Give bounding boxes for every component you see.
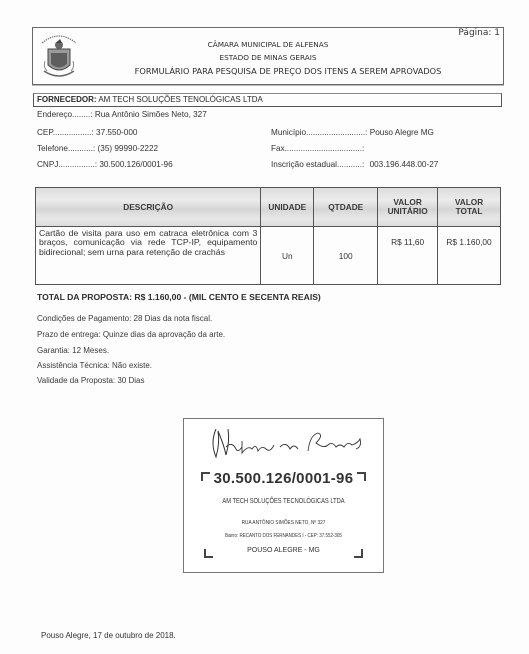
col-description: DESCRIÇÃO: [36, 188, 261, 227]
form-title: FORMULÁRIO PARA PESQUISA DE PREÇO DOS IT…: [93, 66, 503, 76]
fax-row: Fax..................................:: [271, 144, 364, 153]
stamp-district: Bairro: RECANTO DOS FERNANDES I - CEP: 3…: [204, 533, 363, 539]
city-label: Município..........................:: [271, 128, 367, 137]
state-registration-row: Inscrição estadual...........: 003.196.4…: [271, 160, 438, 169]
cep-value: 37.550-000: [96, 128, 137, 137]
address-label: Endereço........:: [37, 110, 93, 119]
cnpj-label: CNPJ................:: [37, 160, 97, 169]
item-description: Cartão de visita para uso em catraca ele…: [36, 227, 261, 285]
stamp-city: POUSO ALEGRE - MG: [184, 547, 383, 554]
col-unit: UNIDADE: [261, 188, 314, 227]
delivery-time: Prazo de entrega: Quinze dias da aprovaç…: [37, 330, 225, 339]
supplier-name: AM TECH SOLUÇÕES TENOLÓGICAS LTDA: [98, 95, 262, 104]
stamp-company: AM TECH SOLUÇÕES TECNOLÓGICAS LTDA: [202, 498, 365, 505]
address-row: Endereço........: Rua Antônio Simões Net…: [37, 110, 207, 119]
city-row: Município..........................: Pou…: [271, 128, 434, 137]
item-total-value: R$ 1.160,00: [438, 227, 501, 285]
cep-row: CEP.................: 37.550-000: [37, 128, 137, 137]
col-total-value-line2: TOTAL: [456, 206, 483, 216]
table-row: Cartão de visita para uso em catraca ele…: [36, 227, 501, 285]
company-stamp: 30.500.126/0001-96 AM TECH SOLUÇÕES TECN…: [183, 418, 384, 573]
address-value: Rua Antônio Simões Neto, 327: [95, 110, 207, 119]
supplier-label: FORNECEDOR:: [37, 95, 97, 104]
state-registration-value: 003.196.448.00-27: [370, 160, 439, 169]
items-table: DESCRIÇÃO UNIDADE QTDADE VALORUNITÁRIO V…: [35, 187, 501, 285]
state-registration-label: Inscrição estadual...........:: [271, 160, 364, 169]
col-quantity: QTDADE: [314, 188, 378, 227]
cnpj-row: CNPJ................: 30.500.126/0001-96: [37, 160, 173, 169]
stamp-cnpj: 30.500.126/0001-96: [184, 470, 383, 487]
col-total-value: VALORTOTAL: [438, 188, 501, 227]
item-quantity: 100: [314, 227, 378, 285]
phone-value: (35) 99990-2222: [98, 144, 159, 153]
cnpj-value: 30.500.126/0001-96: [99, 160, 172, 169]
fax-label: Fax..................................:: [271, 144, 364, 153]
technical-assistance: Assistência Técnica: Não existe.: [37, 361, 152, 370]
warranty: Garantia: 12 Meses.: [37, 346, 109, 355]
phone-row: Telefone...........: (35) 99990-2222: [37, 144, 158, 153]
handwritten-signature-icon: [196, 423, 371, 463]
institution-name: CÂMARA MUNICIPAL DE ALFENAS: [33, 40, 503, 49]
table-header-row: DESCRIÇÃO UNIDADE QTDADE VALORUNITÁRIO V…: [36, 188, 501, 227]
supplier-box: FORNECEDOR: AM TECH SOLUÇÕES TENOLÓGICAS…: [33, 93, 502, 107]
city-value: Pouso Alegre MG: [370, 128, 434, 137]
cep-label: CEP.................:: [37, 128, 94, 137]
document-header: Página: 1 CÂMARA MUNICIPAL DE ALFENAS ES…: [32, 27, 504, 85]
place-and-date: Pouso Alegre, 17 de outubro de 2018.: [41, 631, 176, 640]
col-unit-value: VALORUNITÁRIO: [378, 188, 438, 227]
page-number: Página: 1: [458, 28, 500, 38]
item-unit: Un: [261, 227, 314, 285]
proposal-total: TOTAL DA PROPOSTA: R$ 1.160,00 - (MIL CE…: [37, 292, 321, 302]
state-name: ESTADO DE MINAS GERAIS: [33, 53, 503, 62]
payment-conditions: Condições de Pagamento: 28 Dias da nota …: [37, 314, 212, 323]
stamp-street: RUA ANTÔNIO SIMÕES NETO, Nº 327: [199, 520, 368, 526]
phone-label: Telefone...........:: [37, 144, 95, 153]
item-unit-value: R$ 11,60: [378, 227, 438, 285]
proposal-validity: Validade da Proposta: 30 Dias: [37, 376, 144, 385]
supplier-line: FORNECEDOR: AM TECH SOLUÇÕES TENOLÓGICAS…: [37, 95, 263, 104]
col-unit-value-line2: UNITÁRIO: [388, 206, 428, 216]
